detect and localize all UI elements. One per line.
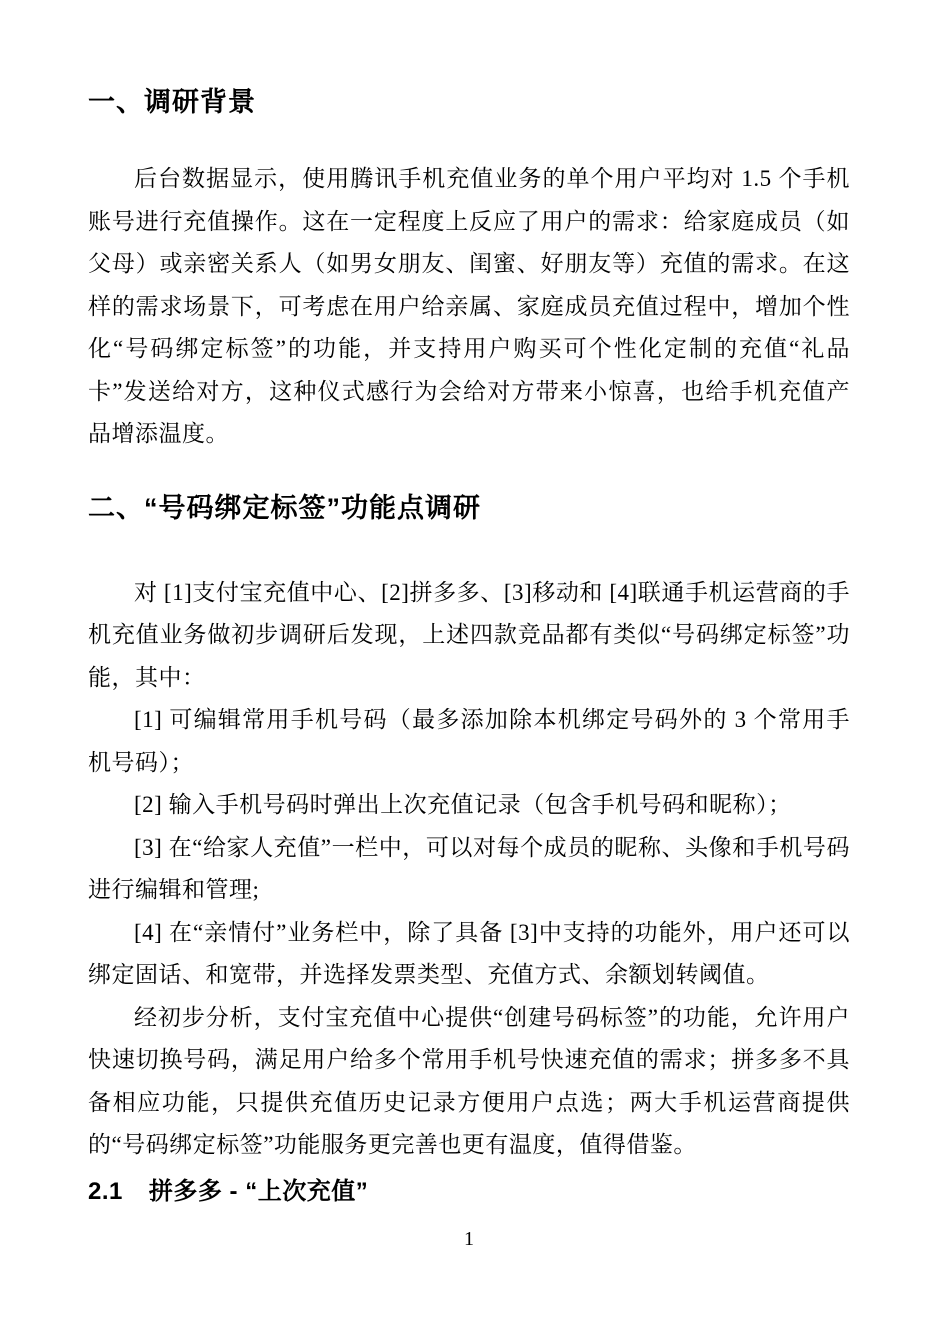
page-number: 1 (0, 1228, 938, 1251)
document-page: 一、调研背景 后台数据显示，使用腾讯手机充值业务的单个用户平均对 1.5 个手机… (0, 0, 938, 1326)
section-2-paragraph-intro: 对 [1]支付宝充值中心、[2]拼多多、[3]移动和 [4]联通手机运营商的手机… (88, 572, 850, 700)
section-2-item-4: [4] 在“亲情付”业务栏中，除了具备 [3]中支持的功能外，用户还可以绑定固话… (88, 912, 850, 997)
section-1-heading: 一、调研背景 (88, 86, 850, 118)
subsection-2-1-number: 2.1 (88, 1177, 123, 1207)
section-1-paragraph: 后台数据显示，使用腾讯手机充值业务的单个用户平均对 1.5 个手机账号进行充值操… (88, 158, 850, 456)
section-2-item-1: [1] 可编辑常用手机号码（最多添加除本机绑定号码外的 3 个常用手机号码）； (88, 699, 850, 784)
subsection-2-1-heading: 2.1拼多多 - “上次充值” (88, 1177, 850, 1207)
section-2-item-3: [3] 在“给家人充值”一栏中，可以对每个成员的昵称、头像和手机号码进行编辑和管… (88, 827, 850, 912)
section-2-item-2: [2] 输入手机号码时弹出上次充值记录（包含手机号码和昵称）； (88, 784, 850, 827)
section-2-paragraph-analysis: 经初步分析，支付宝充值中心提供“创建号码标签”的功能，允许用户快速切换号码，满足… (88, 997, 850, 1167)
section-2-heading: 二、“号码绑定标签”功能点调研 (88, 492, 850, 524)
subsection-2-1-title: 拼多多 - “上次充值” (149, 1178, 368, 1205)
